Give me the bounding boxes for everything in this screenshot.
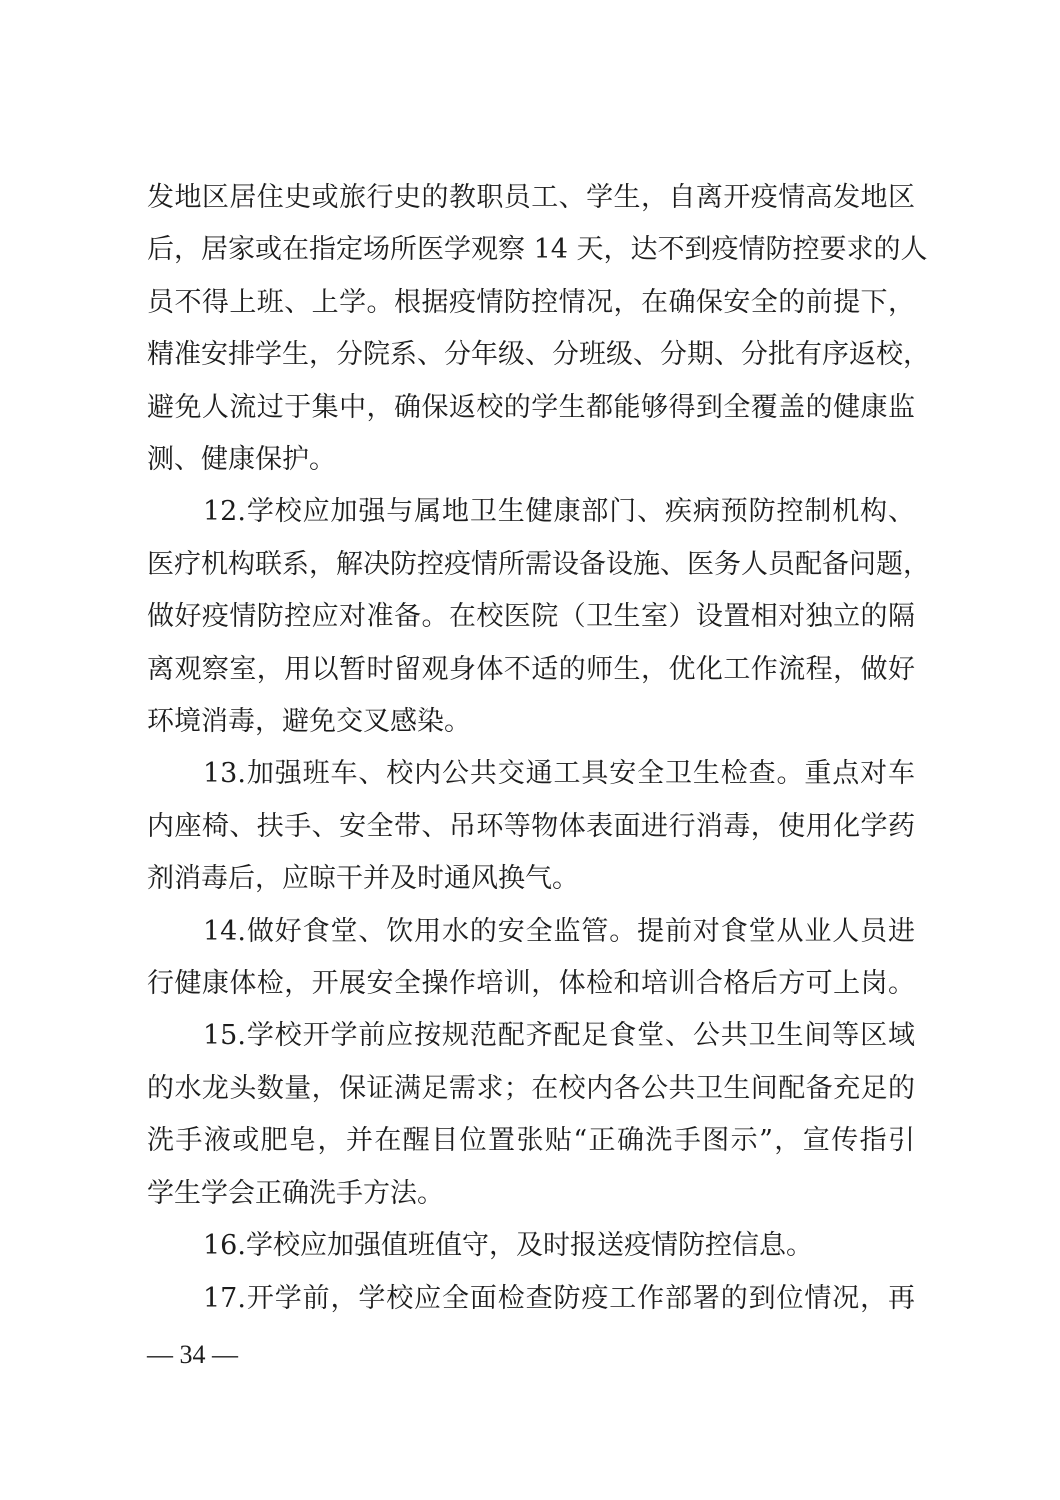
text-line: 剂消毒后，应晾干并及时通风换气。 [147,859,915,899]
text-line: 医疗机构联系，解决防控疫情所需设备设施、医务人员配备问题， [147,545,915,585]
text-line: 发地区居住史或旅行史的教职员工、学生，自离开疫情高发地区 [147,178,915,218]
paragraph-15-first-line: 15.学校开学前应按规范配齐配足食堂、公共卫生间等区域 [203,1016,915,1056]
paragraph-17-first-line: 17.开学前，学校应全面检查防疫工作部署的到位情况，再 [203,1279,915,1319]
text-line: 离观察室，用以暂时留观身体不适的师生，优化工作流程，做好 [147,650,915,690]
text-line: 避免人流过于集中，确保返校的学生都能够得到全覆盖的健康监 [147,388,915,428]
page-number: — 34 — [147,1337,238,1373]
text-line: 内座椅、扶手、安全带、吊环等物体表面进行消毒，使用化学药 [147,807,915,847]
paragraph-12-first-line: 12.学校应加强与属地卫生健康部门、疾病预防控制机构、 [203,492,915,532]
text-line: 后，居家或在指定场所医学观察 14 天，达不到疫情防控要求的人 [147,230,915,270]
document-page: 发地区居住史或旅行史的教职员工、学生，自离开疫情高发地区 后，居家或在指定场所医… [0,0,1060,1500]
text-line: 员不得上班、上学。根据疫情防控情况，在确保安全的前提下， [147,283,915,323]
text-line: 环境消毒，避免交叉感染。 [147,702,915,742]
text-line: 的水龙头数量，保证满足需求；在校内各公共卫生间配备充足的 [147,1069,915,1109]
text-line: 测、健康保护。 [147,440,915,480]
paragraph-14-first-line: 14.做好食堂、饮用水的安全监管。提前对食堂从业人员进 [203,912,915,952]
text-line: 洗手液或肥皂，并在醒目位置张贴“正确洗手图示”，宣传指引 [147,1121,915,1161]
paragraph-13-first-line: 13.加强班车、校内公共交通工具安全卫生检查。重点对车 [203,754,915,794]
paragraph-16-first-line: 16.学校应加强值班值守，及时报送疫情防控信息。 [203,1226,915,1266]
text-line: 学生学会正确洗手方法。 [147,1174,915,1214]
text-line: 精准安排学生，分院系、分年级、分班级、分期、分批有序返校， [147,335,915,375]
text-line: 行健康体检，开展安全操作培训，体检和培训合格后方可上岗。 [147,964,915,1004]
text-line: 做好疫情防控应对准备。在校医院（卫生室）设置相对独立的隔 [147,597,915,637]
